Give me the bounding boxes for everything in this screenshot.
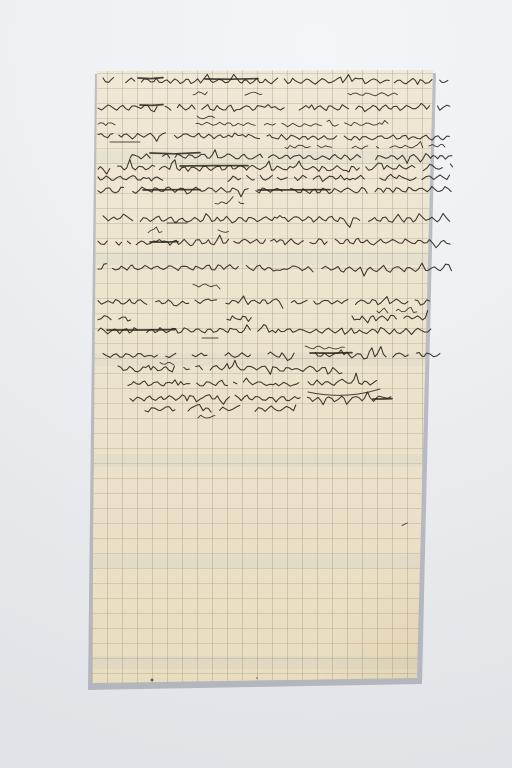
graph-paper-sheet bbox=[0, 0, 512, 768]
manuscript-photo: Et il y aurait beaucoup à dire sur la co… bbox=[0, 0, 512, 768]
paper-edge-shading bbox=[0, 0, 512, 768]
